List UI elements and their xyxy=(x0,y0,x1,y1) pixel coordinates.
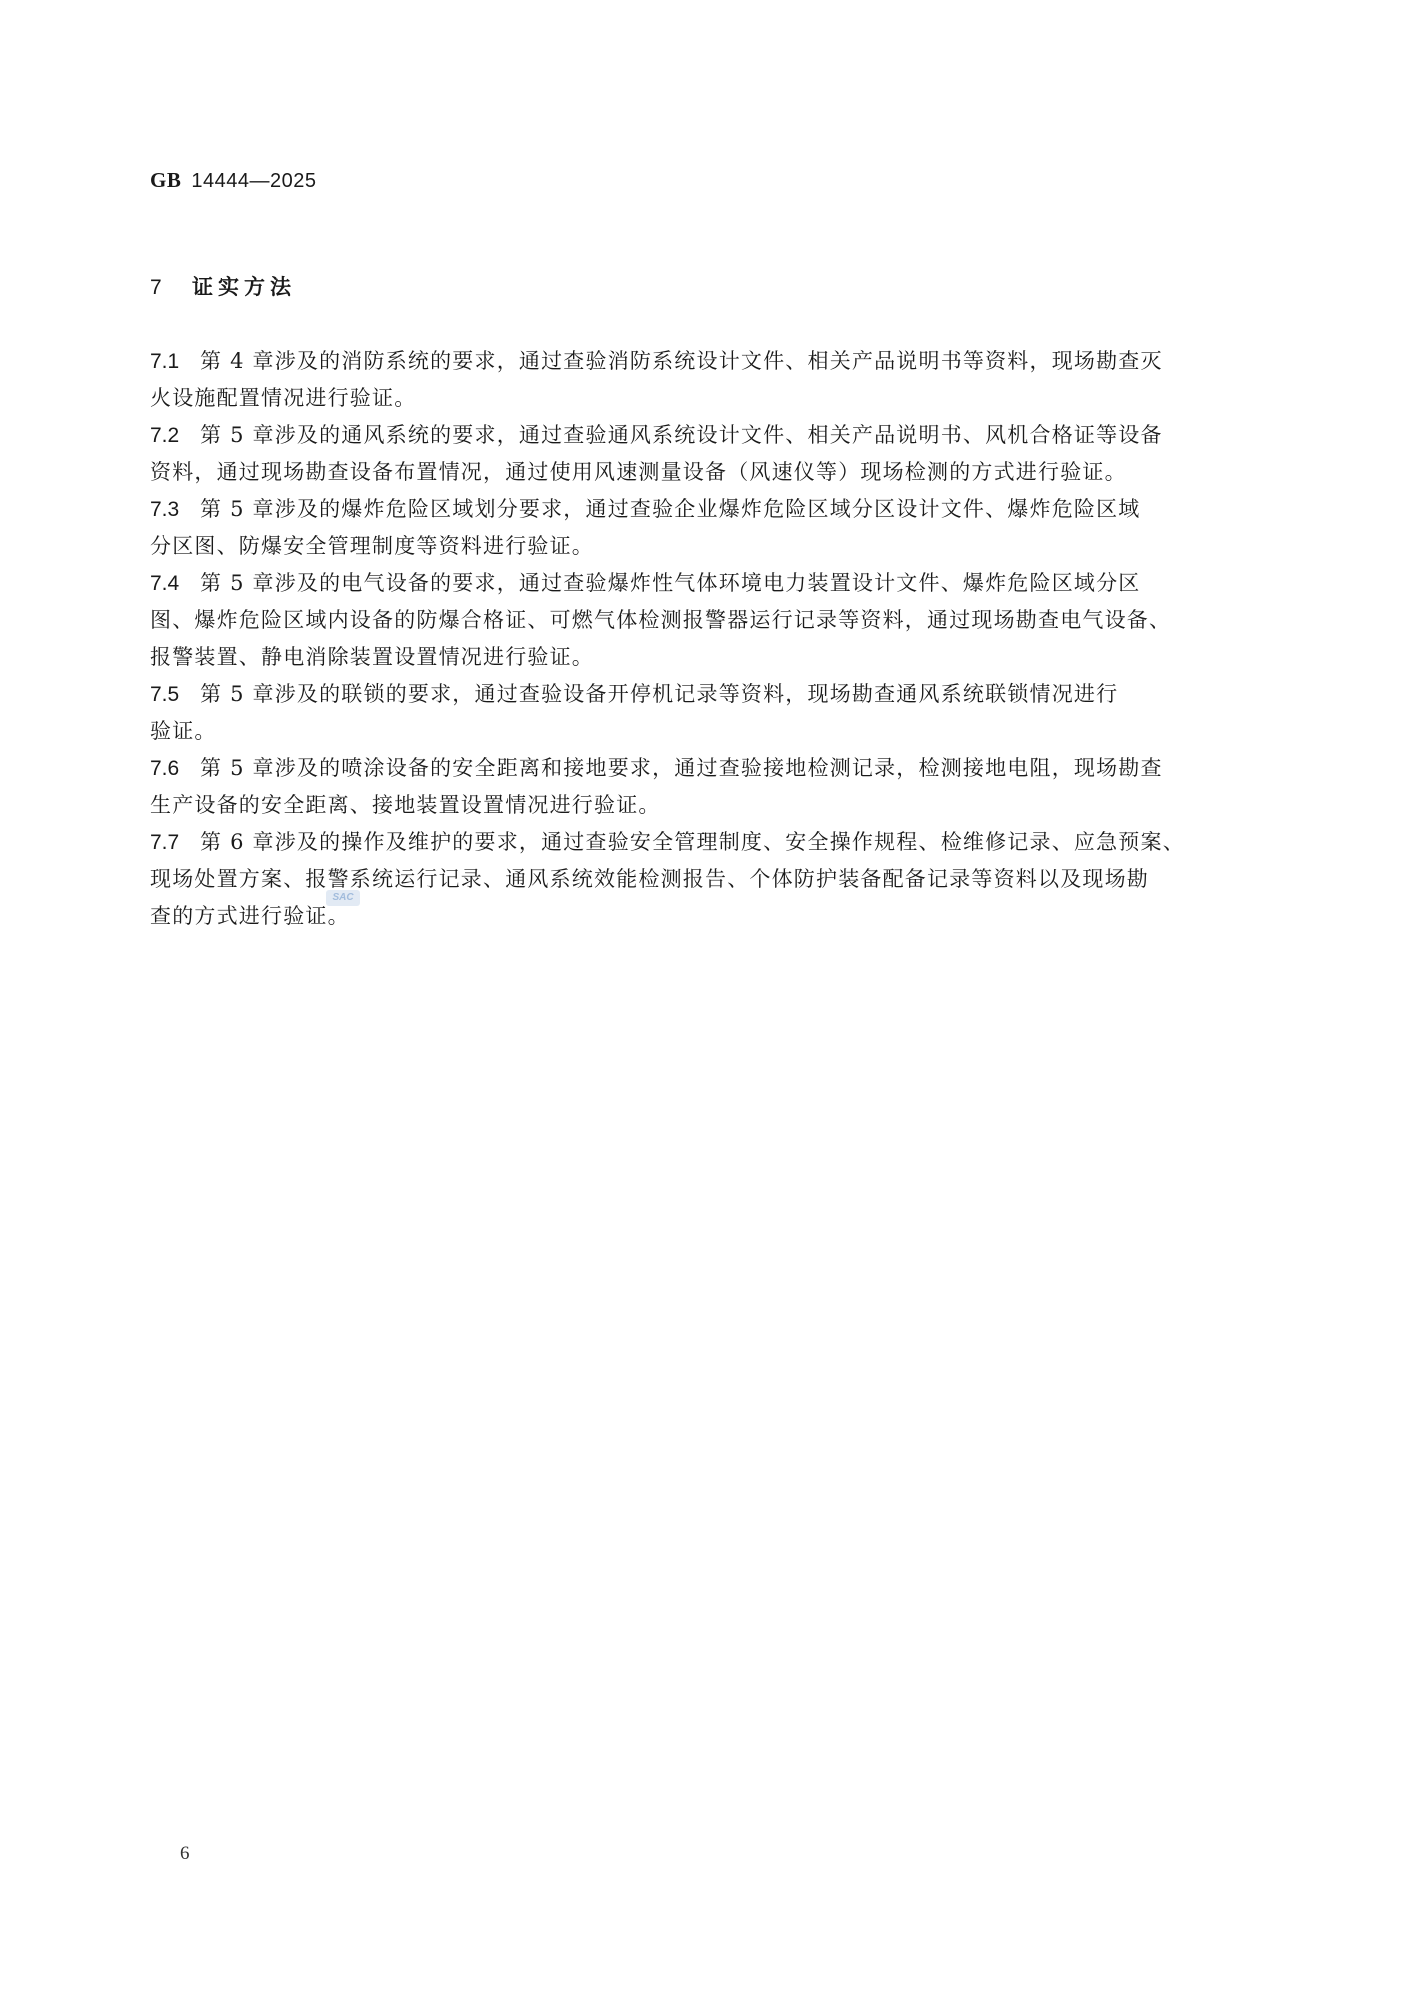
clause-7-6: 7.6第 5 章涉及的喷涂设备的安全距离和接地要求，通过查验接地检测记录，检测接… xyxy=(150,750,1260,824)
section-number: 7 xyxy=(150,276,192,300)
clause-line: 7.3第 5 章涉及的爆炸危险区域划分要求，通过查验企业爆炸危险区域分区设计文件… xyxy=(150,491,1260,528)
clause-line: 分区图、防爆安全管理制度等资料进行验证。 xyxy=(150,528,1260,565)
clause-line: 7.5第 5 章涉及的联锁的要求，通过查验设备开停机记录等资料，现场勘查通风系统… xyxy=(150,676,1260,713)
clause-number: 7.2 xyxy=(150,417,200,454)
clause-text: 第 5 章涉及的喷涂设备的安全距离和接地要求，通过查验接地检测记录，检测接地电阻… xyxy=(200,756,1163,780)
clause-text: 第 5 章涉及的电气设备的要求，通过查验爆炸性气体环境电力装置设计文件、爆炸危险… xyxy=(200,571,1141,595)
clause-7-5: 7.5第 5 章涉及的联锁的要求，通过查验设备开停机记录等资料，现场勘查通风系统… xyxy=(150,676,1260,750)
clause-line: 资料，通过现场勘查设备布置情况，通过使用风速测量设备（风速仪等）现场检测的方式进… xyxy=(150,454,1260,491)
clause-number: 7.6 xyxy=(150,750,200,787)
section-heading: 7证实方法 xyxy=(150,271,296,301)
clause-text: 第 5 章涉及的爆炸危险区域划分要求，通过查验企业爆炸危险区域分区设计文件、爆炸… xyxy=(200,497,1141,521)
clause-line: 验证。 xyxy=(150,713,1260,750)
page-number: 6 xyxy=(180,1843,190,1865)
clause-line: 查的方式进行验证。 xyxy=(150,898,1260,935)
clause-text: 第 4 章涉及的消防系统的要求，通过查验消防系统设计文件、相关产品说明书等资料，… xyxy=(200,349,1163,373)
clause-list: 7.1第 4 章涉及的消防系统的要求，通过查验消防系统设计文件、相关产品说明书等… xyxy=(150,343,1260,935)
clause-7-7: 7.7第 6 章涉及的操作及维护的要求，通过查验安全管理制度、安全操作规程、检维… xyxy=(150,824,1260,935)
clause-text: 第 6 章涉及的操作及维护的要求，通过查验安全管理制度、安全操作规程、检维修记录… xyxy=(200,830,1185,854)
clause-number: 7.5 xyxy=(150,676,200,713)
sac-watermark-icon: SAC xyxy=(326,890,360,906)
clause-number: 7.1 xyxy=(150,343,200,380)
clause-line: 7.4第 5 章涉及的电气设备的要求，通过查验爆炸性气体环境电力装置设计文件、爆… xyxy=(150,565,1260,602)
clause-line: 7.1第 4 章涉及的消防系统的要求，通过查验消防系统设计文件、相关产品说明书等… xyxy=(150,343,1260,380)
document-page: GB14444—2025 7证实方法 7.1第 4 章涉及的消防系统的要求，通过… xyxy=(0,0,1413,2000)
clause-line: 现场处置方案、报警系统运行记录、通风系统效能检测报告、个体防护装备配备记录等资料… xyxy=(150,861,1260,898)
clause-7-4: 7.4第 5 章涉及的电气设备的要求，通过查验爆炸性气体环境电力装置设计文件、爆… xyxy=(150,565,1260,676)
standard-number: 14444—2025 xyxy=(191,170,316,192)
standard-header: GB14444—2025 xyxy=(150,168,316,193)
clause-line: 生产设备的安全距离、接地装置设置情况进行验证。 xyxy=(150,787,1260,824)
clause-7-3: 7.3第 5 章涉及的爆炸危险区域划分要求，通过查验企业爆炸危险区域分区设计文件… xyxy=(150,491,1260,565)
clause-line: 图、爆炸危险区域内设备的防爆合格证、可燃气体检测报警器运行记录等资料，通过现场勘… xyxy=(150,602,1260,639)
clause-line: 7.6第 5 章涉及的喷涂设备的安全距离和接地要求，通过查验接地检测记录，检测接… xyxy=(150,750,1260,787)
clause-7-2: 7.2第 5 章涉及的通风系统的要求，通过查验通风系统设计文件、相关产品说明书、… xyxy=(150,417,1260,491)
clause-text: 第 5 章涉及的联锁的要求，通过查验设备开停机记录等资料，现场勘查通风系统联锁情… xyxy=(200,682,1118,706)
clause-line: 7.7第 6 章涉及的操作及维护的要求，通过查验安全管理制度、安全操作规程、检维… xyxy=(150,824,1260,861)
clause-line: 报警装置、静电消除装置设置情况进行验证。 xyxy=(150,639,1260,676)
clause-line: 火设施配置情况进行验证。 xyxy=(150,380,1260,417)
clause-number: 7.7 xyxy=(150,824,200,861)
section-title: 证实方法 xyxy=(192,275,296,299)
clause-7-1: 7.1第 4 章涉及的消防系统的要求，通过查验消防系统设计文件、相关产品说明书等… xyxy=(150,343,1260,417)
clause-number: 7.3 xyxy=(150,491,200,528)
clause-number: 7.4 xyxy=(150,565,200,602)
standard-prefix: GB xyxy=(150,168,181,192)
clause-line: 7.2第 5 章涉及的通风系统的要求，通过查验通风系统设计文件、相关产品说明书、… xyxy=(150,417,1260,454)
clause-text: 第 5 章涉及的通风系统的要求，通过查验通风系统设计文件、相关产品说明书、风机合… xyxy=(200,423,1163,447)
